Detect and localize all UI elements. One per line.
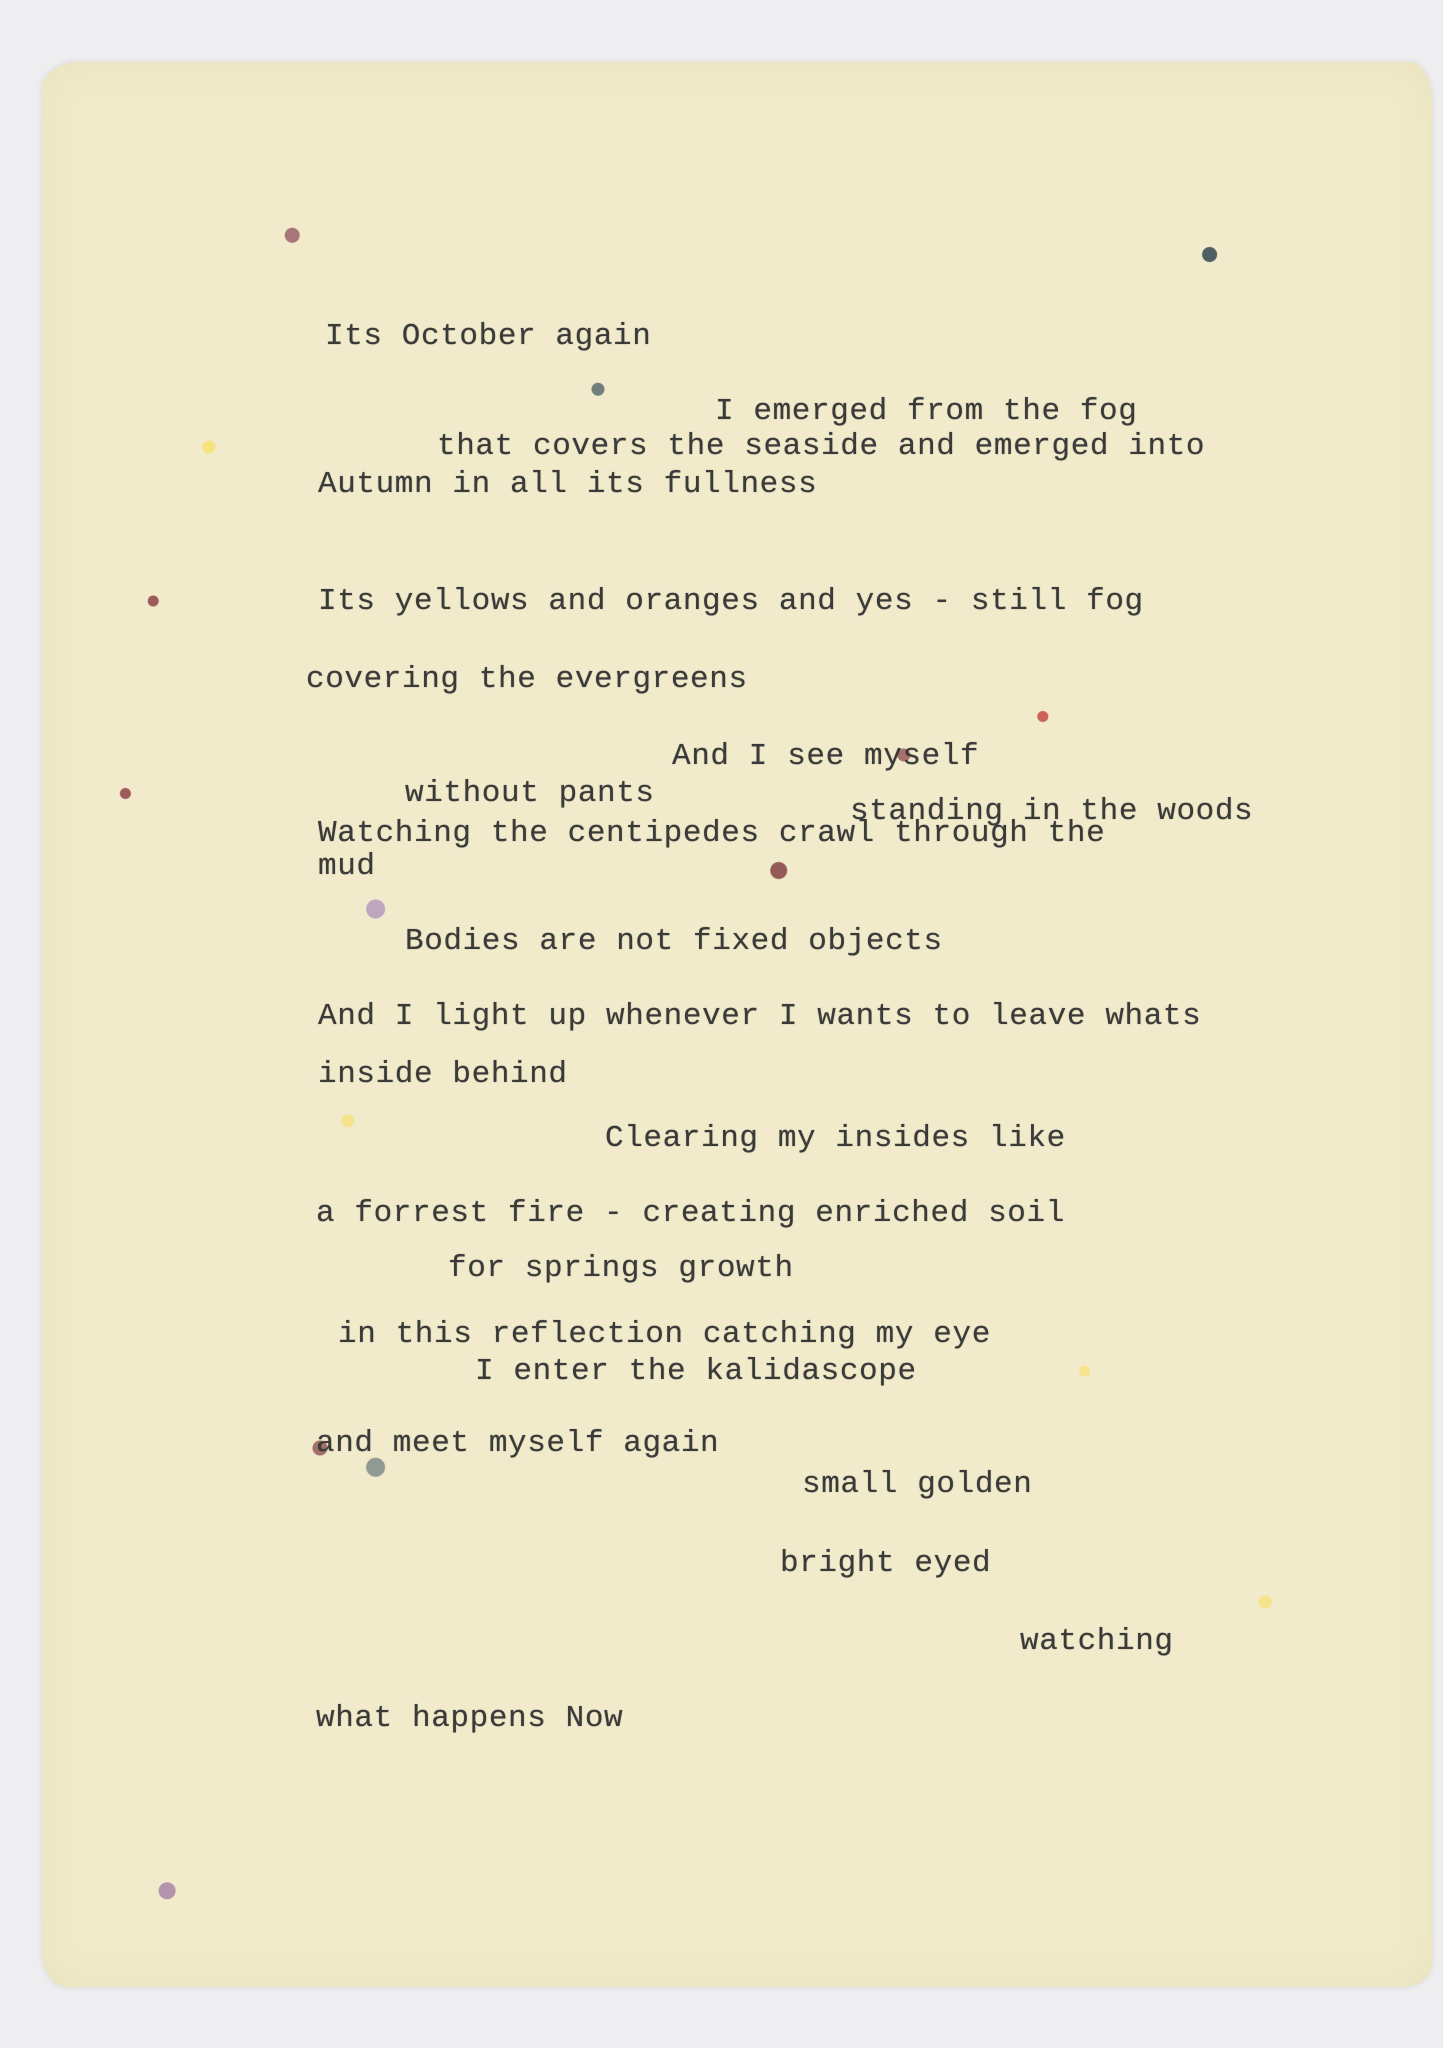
poem-line: inside behind — [318, 1059, 568, 1091]
poem-line: without pants — [405, 778, 655, 810]
poem-line: Its yellows and oranges and yes - still … — [318, 586, 1144, 618]
poem-line: and meet myself again — [316, 1428, 719, 1460]
poem-line: what happens Now — [316, 1703, 623, 1735]
poem-line: a forrest fire - creating enriched soil — [316, 1198, 1065, 1230]
poem-line: Clearing my insides like — [605, 1123, 1066, 1155]
poem-line: And I light up whenever I wants to leave… — [318, 1001, 1201, 1033]
poem-line: Its October again — [325, 321, 651, 353]
poem-line: small golden — [802, 1469, 1032, 1501]
poem-line: watching — [1020, 1626, 1174, 1658]
poem-line: covering the evergreens — [306, 664, 748, 696]
poem-line: in this reflection catching my eye — [338, 1319, 991, 1351]
poem-line: that covers the seaside and emerged into — [437, 431, 1205, 463]
poem-line: for springs growth — [448, 1253, 794, 1285]
poem-line: Autumn in all its fullness — [318, 469, 817, 501]
poem-line: Watching the centipedes crawl through th… — [318, 818, 1105, 850]
poem-line: I enter the kalidascope — [475, 1356, 917, 1388]
poem-line: bright eyed — [780, 1548, 991, 1580]
poem-line: mud — [318, 851, 376, 883]
poem-line: Bodies are not fixed objects — [405, 926, 943, 958]
poem-line: I emerged from the fog — [715, 396, 1137, 428]
poem-line: And I see myself — [672, 741, 979, 773]
